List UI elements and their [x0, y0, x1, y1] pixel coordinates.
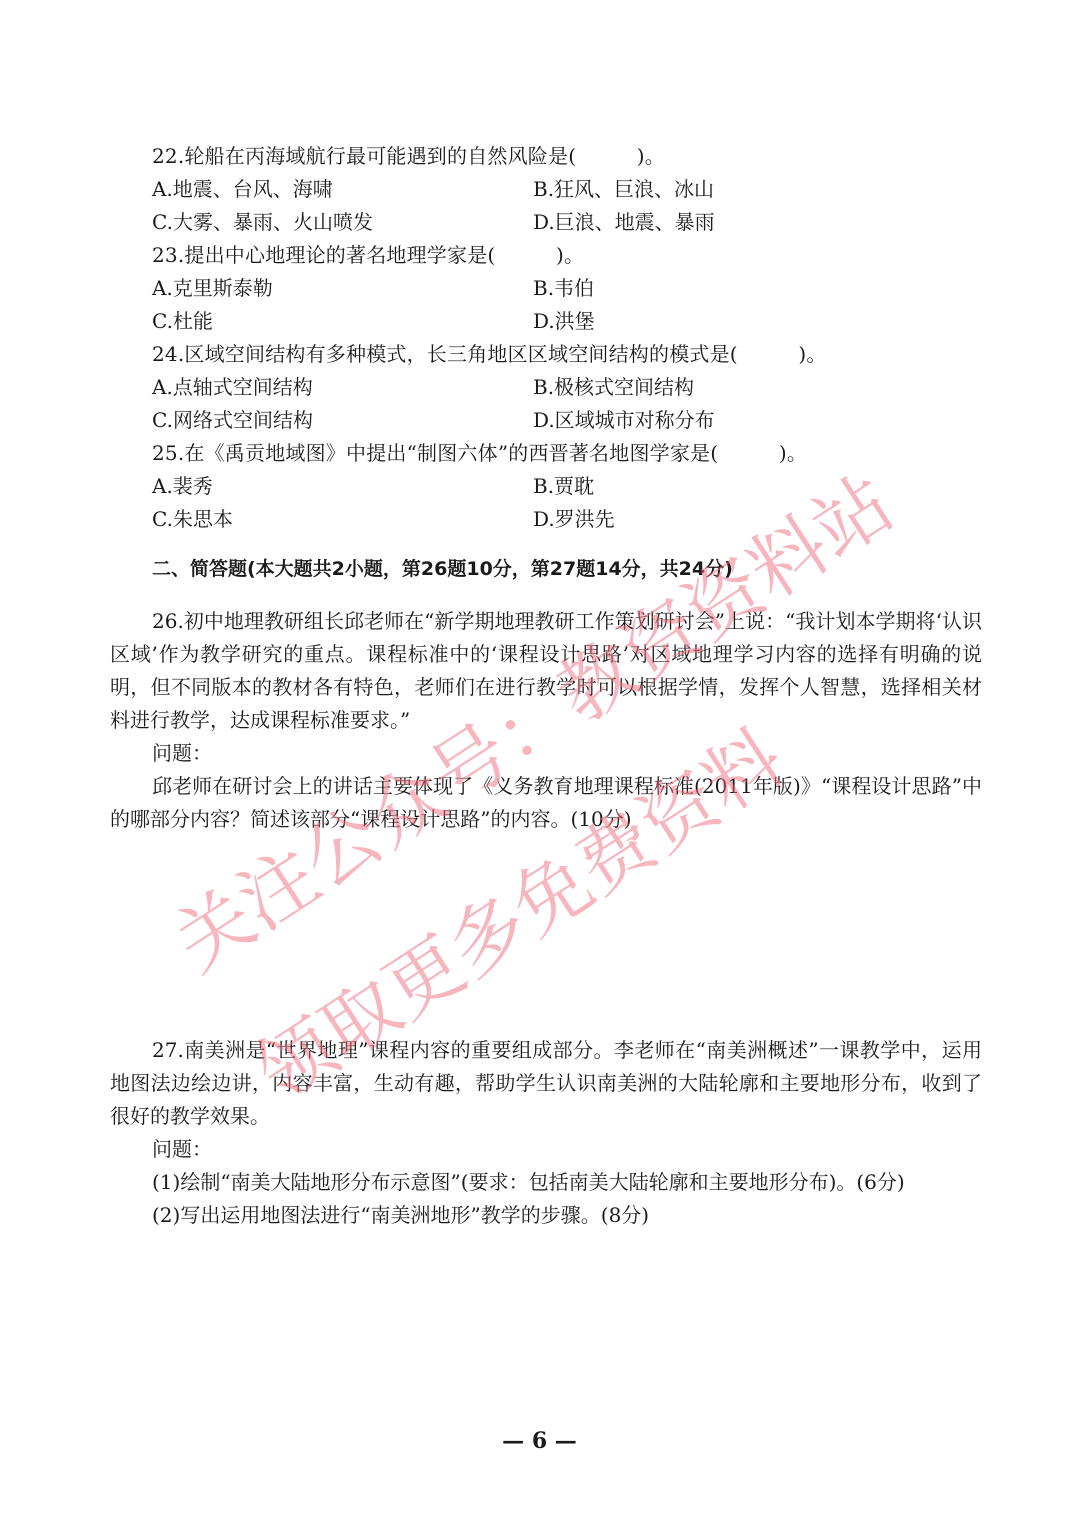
question-25-option-a: A.裴秀 — [152, 473, 213, 499]
exam-page: 22.轮船在丙海域航行最可能遇到的自然风险是( )。 A.地震、台风、海啸 B.… — [0, 0, 1079, 1518]
question-24-option-c: C.网络式空间结构 — [152, 407, 313, 433]
question-26-text: 26.初中地理教研组长邱老师在“新学期地理教研工作策划研讨会”上说：“我计划本学… — [110, 605, 982, 737]
question-23-option-b: B.韦伯 — [533, 275, 594, 301]
section-title-short-answer: 二、简答题(本大题共2小题，第26题10分，第27题14分，共24分) — [152, 556, 733, 582]
question-27-text: 27.南美洲是“世界地理”课程内容的重要组成部分。李老师在“南美洲概述”一课教学… — [110, 1034, 982, 1133]
question-22-option-d: D.巨浪、地震、暴雨 — [533, 209, 715, 235]
question-27-sub2: (2)写出运用地图法进行“南美洲地形”教学的步骤。(8分) — [152, 1199, 649, 1232]
question-26-question: 邱老师在研讨会上的讲话主要体现了《义务教育地理课程标准(2011年版)》“课程设… — [110, 770, 982, 836]
question-25-option-b: B.贾耽 — [533, 473, 594, 499]
question-24-option-b: B.极核式空间结构 — [533, 374, 694, 400]
question-22-option-c: C.大雾、暴雨、火山喷发 — [152, 209, 373, 235]
question-27-sub1: (1)绘制“南美大陆地形分布示意图”(要求：包括南美大陆轮廓和主要地形分布)。(… — [152, 1166, 905, 1199]
question-23-stem: 23.提出中心地理论的著名地理学家是( )。 — [152, 242, 584, 268]
question-22-option-b: B.狂风、巨浪、冰山 — [533, 176, 714, 202]
question-25-option-c: C.朱思本 — [152, 506, 233, 532]
page-number: — 6 — — [0, 1428, 1079, 1454]
question-25-stem: 25.在《禹贡地域图》中提出“制图六体”的西晋著名地图学家是( )。 — [152, 440, 807, 466]
question-23-option-d: D.洪堡 — [533, 308, 595, 334]
question-23-option-c: C.杜能 — [152, 308, 213, 334]
question-22-option-a: A.地震、台风、海啸 — [152, 176, 333, 202]
question-27-label: 问题： — [152, 1133, 212, 1166]
question-22-stem: 22.轮船在丙海域航行最可能遇到的自然风险是( )。 — [152, 143, 665, 169]
question-24-stem: 24.区域空间结构有多种模式，长三角地区区域空间结构的模式是( )。 — [152, 341, 827, 367]
question-23-option-a: A.克里斯泰勒 — [152, 275, 273, 301]
question-24-option-d: D.区域城市对称分布 — [533, 407, 715, 433]
question-25-option-d: D.罗洪先 — [533, 506, 615, 532]
question-26-label: 问题： — [152, 737, 212, 770]
question-24-option-a: A.点轴式空间结构 — [152, 374, 313, 400]
